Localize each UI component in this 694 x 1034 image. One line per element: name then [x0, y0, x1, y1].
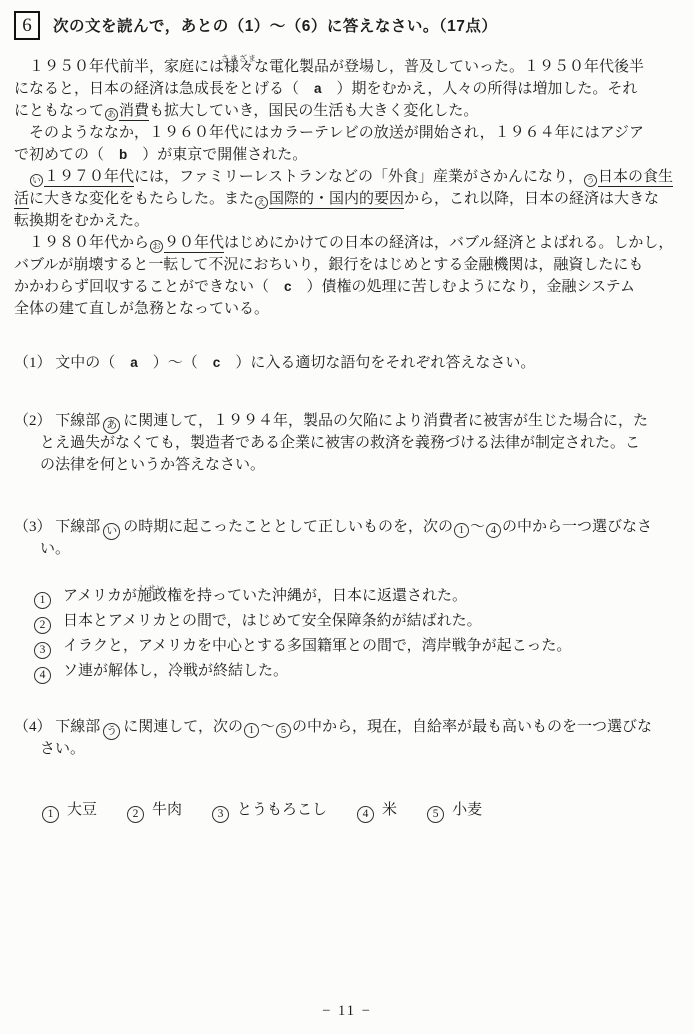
text-run: ）に入る適切な語句をそれぞれ答えなさい。 — [220, 355, 535, 371]
passage-line: 全体の建て直しが急務となっている。 — [14, 298, 680, 320]
text-run: で初めての（ — [14, 147, 119, 163]
question-2: （2） 下線部あに関連して，１９９４年，製品の欠陥により消費者に被害が生じた場合… — [14, 410, 680, 476]
text-run: の法律を何というか答えなさい。 — [40, 457, 265, 473]
underlined-text: １９７０年代 — [44, 169, 134, 187]
choice-label: 米 — [382, 802, 397, 818]
circled-annotation: あ — [105, 108, 118, 121]
text-run: 転換期をむかえた。 — [14, 213, 149, 229]
text-run: （1） 文中の（ — [14, 355, 130, 371]
choice-label: 日本とアメリカとの間で，はじめて安全保障条約が結ばれた。 — [63, 613, 482, 629]
circled-annotation: う — [584, 174, 597, 187]
blank-letter: a — [314, 81, 322, 96]
question-header: 6 次の文を読んで，あとの（1）～（6）に答えなさい。（17点） — [14, 10, 680, 40]
text-run: い。 — [40, 541, 70, 557]
choice-number: 2 — [127, 806, 144, 823]
text-run: にともなって — [14, 103, 104, 119]
choice-label: ソ連が解体し，冷戦が終結した。 — [63, 663, 288, 679]
passage-line: そのようななか，１９６０年代にはカラーテレビの放送が開始され，１９６４年にはアジ… — [14, 122, 680, 144]
passage-line: になると，日本の経済は急成長をとげる（ a ）期をむかえ，人々の所得は増加した。… — [14, 78, 680, 100]
text-run: 日本とアメリカとの間で，はじめて安全保障条約が結ばれた。 — [63, 613, 482, 629]
text-run: の中から一つ選びなさ — [502, 519, 652, 535]
choice-2: 2日本とアメリカとの間で，はじめて安全保障条約が結ばれた。 — [34, 609, 680, 634]
text-run: になると，日本の経済は急成長をとげる（ — [14, 81, 314, 97]
question-3-choices: 1アメリカがしせい施政権を持っていた沖縄が，日本に返還された。2日本とアメリカと… — [34, 584, 680, 684]
text-run: さい。 — [40, 741, 85, 757]
text-run: とえ過失がなくても，製造者である企業に被害の救済を義務づける法律が制定された。こ — [40, 435, 640, 451]
page-number: − 11 − — [0, 1003, 694, 1020]
blank-letter: a — [130, 355, 138, 370]
question-2-line: （2） 下線部あに関連して，１９９４年，製品の欠陥により消費者に被害が生じた場合… — [14, 410, 680, 432]
ruby-text: しせい施政 — [137, 584, 167, 609]
choice-4: 4ソ連が解体し，冷戦が終結した。 — [34, 659, 680, 684]
text-run: ）が東京で開催された。 — [127, 147, 307, 163]
text-run: ～ — [260, 719, 275, 735]
choice-number: 1 — [42, 806, 59, 823]
text-run: ）期をむかえ，人々の所得は増加した。それ — [322, 81, 638, 97]
passage-line: バブルが崩壊すると一転して不況におちいり，銀行をはじめとする金融機関は，融資した… — [14, 254, 680, 276]
text-run: ～ — [470, 519, 485, 535]
question-title: 次の文を読んで，あとの（1）～（6）に答えなさい。（17点） — [53, 14, 497, 36]
text-run: かかわらず回収することができない（ — [14, 279, 284, 295]
text-run: （2） 下線部 — [14, 413, 100, 429]
question-1: （1） 文中の（ a ）～（ c ）に入る適切な語句をそれぞれ答えなさい。 — [14, 352, 680, 374]
passage-line: １９８０年代からお９０年代はじめにかけての日本の経済は，バブル経済とよばれる。し… — [14, 232, 680, 254]
question-2-line: の法律を何というか答えなさい。 — [14, 454, 680, 476]
circled-annotation: い — [30, 174, 43, 187]
choice-label: アメリカがしせい施政権を持っていた沖縄が，日本に返還された。 — [63, 588, 467, 604]
text-run: に関連して，次の — [123, 719, 243, 735]
question-number-box: 6 — [14, 11, 40, 40]
text-run: ソ連が解体し，冷戦が終結した。 — [63, 663, 288, 679]
question-3-line: い。 — [14, 538, 680, 560]
choice-number: 3 — [34, 642, 51, 659]
choice-label: 牛肉 — [152, 802, 182, 818]
choice-number: 2 — [34, 617, 51, 634]
blank-letter: c — [284, 279, 292, 294]
choice-2: 2牛肉 — [127, 802, 182, 818]
question-3: （3） 下線部いの時期に起こったこととして正しいものを，次の1～4の中から一つ選… — [14, 516, 680, 560]
underlined-text: 活 — [14, 191, 29, 209]
passage-line: 活に大きな変化をもたらした。またえ国際的・国内的要因から，これ以降，日本の経済は… — [14, 188, 680, 210]
passage: １９５０年代前半，家庭にはさまざま様々な電化製品が登場し，普及していった。１９５… — [14, 56, 680, 320]
text-run: イラクと，アメリカを中心とする多国籍軍との間で，湾岸戦争が起こった。 — [63, 638, 571, 654]
choice-3: 3とうもろこし — [212, 802, 327, 818]
text-run: 権を持っていた沖縄が，日本に返還された。 — [167, 588, 467, 604]
choice-1: 1アメリカがしせい施政権を持っていた沖縄が，日本に返還された。 — [34, 584, 680, 609]
question-1-line: （1） 文中の（ a ）～（ c ）に入る適切な語句をそれぞれ答えなさい。 — [14, 352, 680, 374]
text-run: の中から，現在，自給率が最も高いものを一つ選びな — [292, 719, 652, 735]
choice-1: 1大豆 — [42, 802, 97, 818]
question-3-line: （3） 下線部いの時期に起こったこととして正しいものを，次の1～4の中から一つ選… — [14, 516, 680, 538]
furigana: しせい — [138, 576, 165, 601]
choice-number: 4 — [357, 806, 374, 823]
question-4: （4） 下線部うに関連して，次の1～5の中から，現在，自給率が最も高いものを一つ… — [14, 716, 680, 760]
passage-line: い１９７０年代には，ファミリーレストランなどの「外食」産業がさかんになり，う日本… — [14, 166, 680, 188]
choice-5: 5小麦 — [427, 802, 482, 818]
question-4-line: さい。 — [14, 738, 680, 760]
question-2-line: とえ過失がなくても，製造者である企業に被害の救済を義務づける法律が制定された。こ — [14, 432, 680, 454]
choice-label: イラクと，アメリカを中心とする多国籍軍との間で，湾岸戦争が起こった。 — [63, 638, 571, 654]
passage-line: 転換期をむかえた。 — [14, 210, 680, 232]
circled-number: 1 — [454, 523, 469, 538]
choice-number: 1 — [34, 592, 51, 609]
choice-label: とうもろこし — [237, 802, 327, 818]
text-run: ）債権の処理に苦しむようになり，金融システム — [292, 279, 636, 295]
text-run: ）～（ — [138, 355, 213, 371]
text-run: （3） 下線部 — [14, 519, 100, 535]
text-run: の時期に起こったこととして正しいものを，次の — [123, 519, 453, 535]
underlined-text: 国際的・国内的要因 — [269, 191, 404, 209]
text-run: アメリカが — [63, 588, 137, 604]
ruby-text: さまざま様々 — [224, 56, 254, 78]
text-run — [14, 169, 29, 185]
question-4-choices: 1大豆2牛肉3とうもろこし4米5小麦 — [42, 798, 680, 823]
circled-annotation: う — [103, 723, 120, 740]
text-run: な電化製品が登場し，普及していった。１９５０年代後半 — [254, 59, 644, 75]
choice-4: 4米 — [357, 802, 397, 818]
passage-line: にともなってあ消費も拡大していき，国民の生活も大きく変化した。 — [14, 100, 680, 122]
choice-label: 大豆 — [67, 802, 97, 818]
text-run: １９５０年代前半，家庭には — [14, 59, 224, 75]
passage-line: かかわらず回収することができない（ c ）債権の処理に苦しむようになり，金融シス… — [14, 276, 680, 298]
choice-label: 小麦 — [452, 802, 482, 818]
text-run: も拡大していき，国民の生活も大きく変化した。 — [149, 103, 478, 119]
text-run: に関連して，１９９４年，製品の欠陥により消費者に被害が生じた場合に，た — [123, 413, 648, 429]
text-run: には，ファミリーレストランなどの「外食」産業がさかんになり， — [134, 169, 583, 185]
choice-number: 3 — [212, 806, 229, 823]
choice-3: 3イラクと，アメリカを中心とする多国籍軍との間で，湾岸戦争が起こった。 — [34, 634, 680, 659]
text-run: に大きな変化をもたらした。また — [29, 191, 254, 207]
circled-annotation: お — [150, 240, 163, 253]
passage-line: １９５０年代前半，家庭にはさまざま様々な電化製品が登場し，普及していった。１９５… — [14, 56, 680, 78]
circled-number: 1 — [244, 723, 259, 738]
exam-page: 6 次の文を読んで，あとの（1）～（6）に答えなさい。（17点） １９５０年代前… — [0, 0, 694, 1034]
text-run: 全体の建て直しが急務となっている。 — [14, 301, 269, 317]
text-run: そのようななか，１９６０年代にはカラーテレビの放送が開始され，１９６４年にはアジ… — [14, 125, 644, 141]
underlined-text: ９０年代 — [164, 235, 224, 253]
circled-number: 4 — [486, 523, 501, 538]
circled-number: 5 — [276, 723, 291, 738]
passage-line: で初めての（ b ）が東京で開催された。 — [14, 144, 680, 166]
underlined-text: 消費 — [119, 103, 149, 121]
text-run: はじめにかけての日本の経済は，バブル経済とよばれる。しかし， — [224, 235, 673, 251]
underlined-text: 日本の食生 — [598, 169, 673, 187]
text-run: から，これ以降，日本の経済は大きな — [404, 191, 659, 207]
text-run: （4） 下線部 — [14, 719, 100, 735]
question-4-line: （4） 下線部うに関連して，次の1～5の中から，現在，自給率が最も高いものを一つ… — [14, 716, 680, 738]
choice-number: 4 — [34, 667, 51, 684]
choice-number: 5 — [427, 806, 444, 823]
text-run: １９８０年代から — [14, 235, 149, 251]
circled-annotation: い — [103, 523, 120, 540]
text-run: バブルが崩壊すると一転して不況におちいり，銀行をはじめとする金融機関は，融資した… — [14, 257, 643, 273]
furigana: さまざま — [221, 48, 257, 70]
circled-annotation: え — [255, 196, 268, 209]
